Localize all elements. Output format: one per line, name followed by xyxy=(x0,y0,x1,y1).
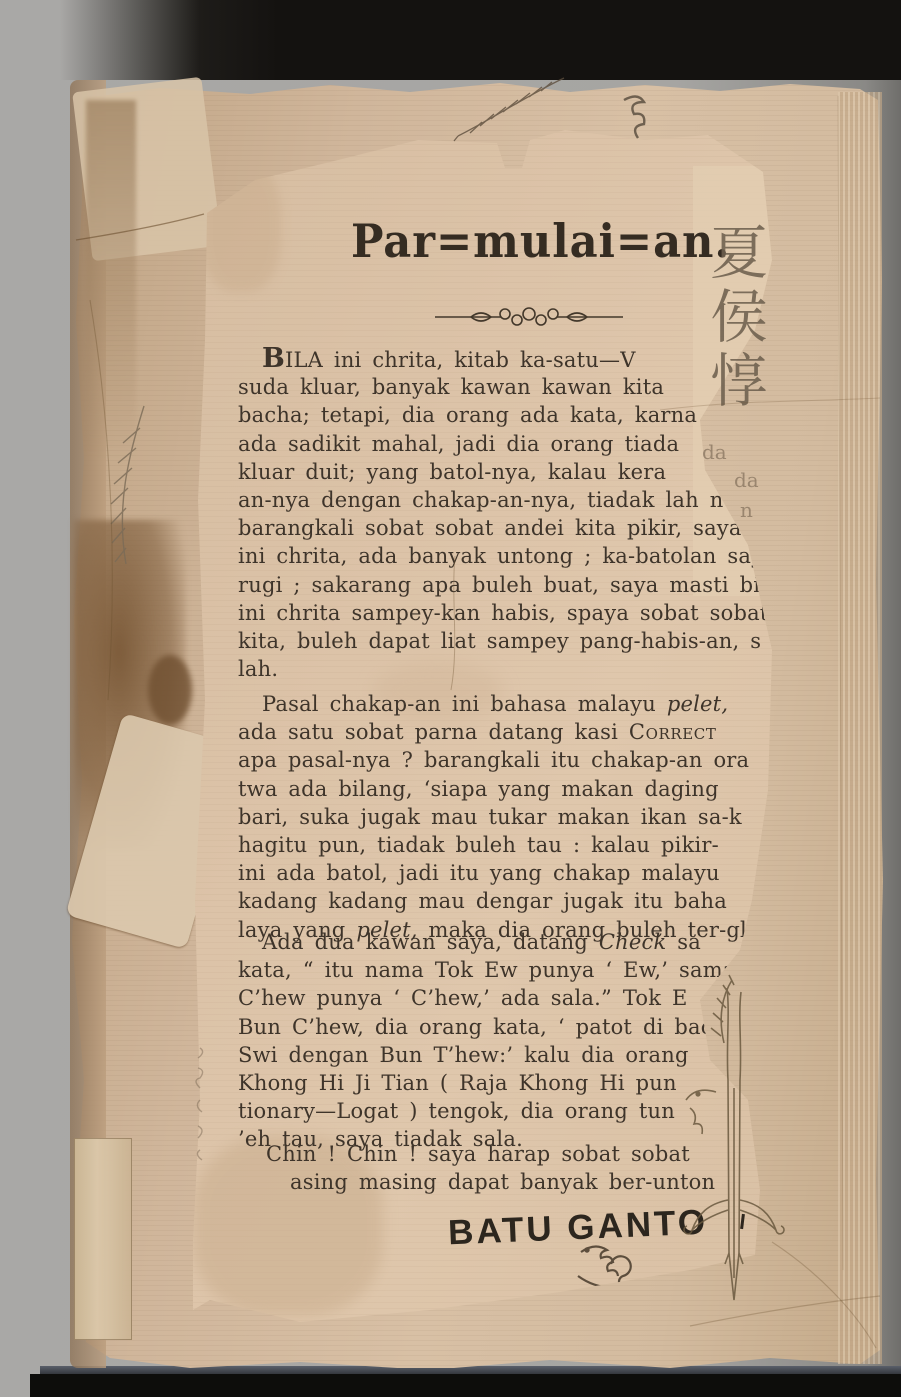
torn-text-fragment: da xyxy=(702,440,727,464)
flourish-divider-icon xyxy=(431,304,627,330)
text-line: Khong Hi Ji Tian ( Raja Khong Hi pun xyxy=(238,1069,736,1097)
decorated-initial: B xyxy=(262,343,285,374)
spine-stain xyxy=(148,655,192,725)
text-line: kata, “ itu nama Tok Ew punya ‘ Ew,’ sam… xyxy=(238,956,736,984)
text-line: lah. xyxy=(238,655,806,683)
text-line: ILA ini chrita, kitab ka-satu—V xyxy=(285,348,636,372)
text-line: twa ada bilang, ‘siapa yang makan daging xyxy=(238,775,754,803)
torn-text-fragment: da xyxy=(734,468,759,492)
italic-word: Check xyxy=(599,930,667,954)
text-line: ini chrita, ada banyak untong ; ka-batol… xyxy=(238,542,806,570)
italic-word: pelet, xyxy=(667,692,728,716)
text-line: Pasal chakap-an ini bahasa malayu xyxy=(262,692,667,716)
chinese-annotation: 夏侯惇 xyxy=(702,222,766,452)
text-line: ini ada batol, jadi itu yang chakap mala… xyxy=(238,859,754,887)
text-line: ini chrita sampey-kan habis, spaya sobat… xyxy=(238,599,806,627)
tape-repair xyxy=(74,1138,132,1340)
text-line: Bun C’hew, dia orang kata, ‘ patot di ba… xyxy=(238,1013,736,1041)
scan-shadow-top xyxy=(0,0,901,80)
text-line: Swi dengan Bun T’hew:’ kalu dia orang xyxy=(238,1041,736,1069)
text-line: kita, buleh dapat liat sampey pang-habis… xyxy=(238,627,806,655)
text-line: sa xyxy=(666,930,701,954)
text-line: rugi ; sakarang apa buleh buat, saya mas… xyxy=(238,571,806,599)
torn-text-fragment: n xyxy=(740,498,753,522)
text-line: Ada dua kawan saya, datang xyxy=(262,930,599,954)
paragraph: Chin ! Chin ! saya harap sobat sobat asi… xyxy=(238,1140,715,1196)
text-line: Chin ! Chin ! saya harap sobat sobat xyxy=(266,1140,715,1168)
text-line: hagitu pun, tiadak buleh tau : kalau pik… xyxy=(238,831,754,859)
small-caps-word: Correct xyxy=(629,720,717,744)
page-block-edge xyxy=(838,92,882,1364)
text-line: bari, suka jugak mau tukar makan ikan sa… xyxy=(238,803,754,831)
pasted-printed-page: Par=mulai=an. BILA ini chrita, kitab ka-… xyxy=(193,126,783,1331)
scan-shadow-bottom xyxy=(30,1374,901,1397)
text-line: C’hew punya ‘ C’hew,’ ada sala.” Tok E xyxy=(238,984,736,1012)
text-line: apa pasal-nya ? barangkali itu chakap-an… xyxy=(238,746,754,774)
text-line: tionary—Logat ) tengok, dia orang tun xyxy=(238,1097,736,1125)
spine-stain xyxy=(86,100,136,460)
page-title: Par=mulai=an. xyxy=(351,214,708,268)
text-line: ada satu sobat parna datang kasi xyxy=(238,720,629,744)
paragraph: Pasal chakap-an ini bahasa malayu pelet,… xyxy=(238,690,754,944)
text-line: kadang kadang mau dengar jugak itu baha xyxy=(238,887,754,915)
paragraph: Ada dua kawan saya, datang Check sa kata… xyxy=(238,928,736,1154)
text-line: asing masing dapat banyak ber-unton xyxy=(266,1168,715,1196)
book-scan: Par=mulai=an. BILA ini chrita, kitab ka-… xyxy=(0,0,901,1397)
text-line: barangkali sobat sobat andei kita pikir,… xyxy=(238,514,806,542)
